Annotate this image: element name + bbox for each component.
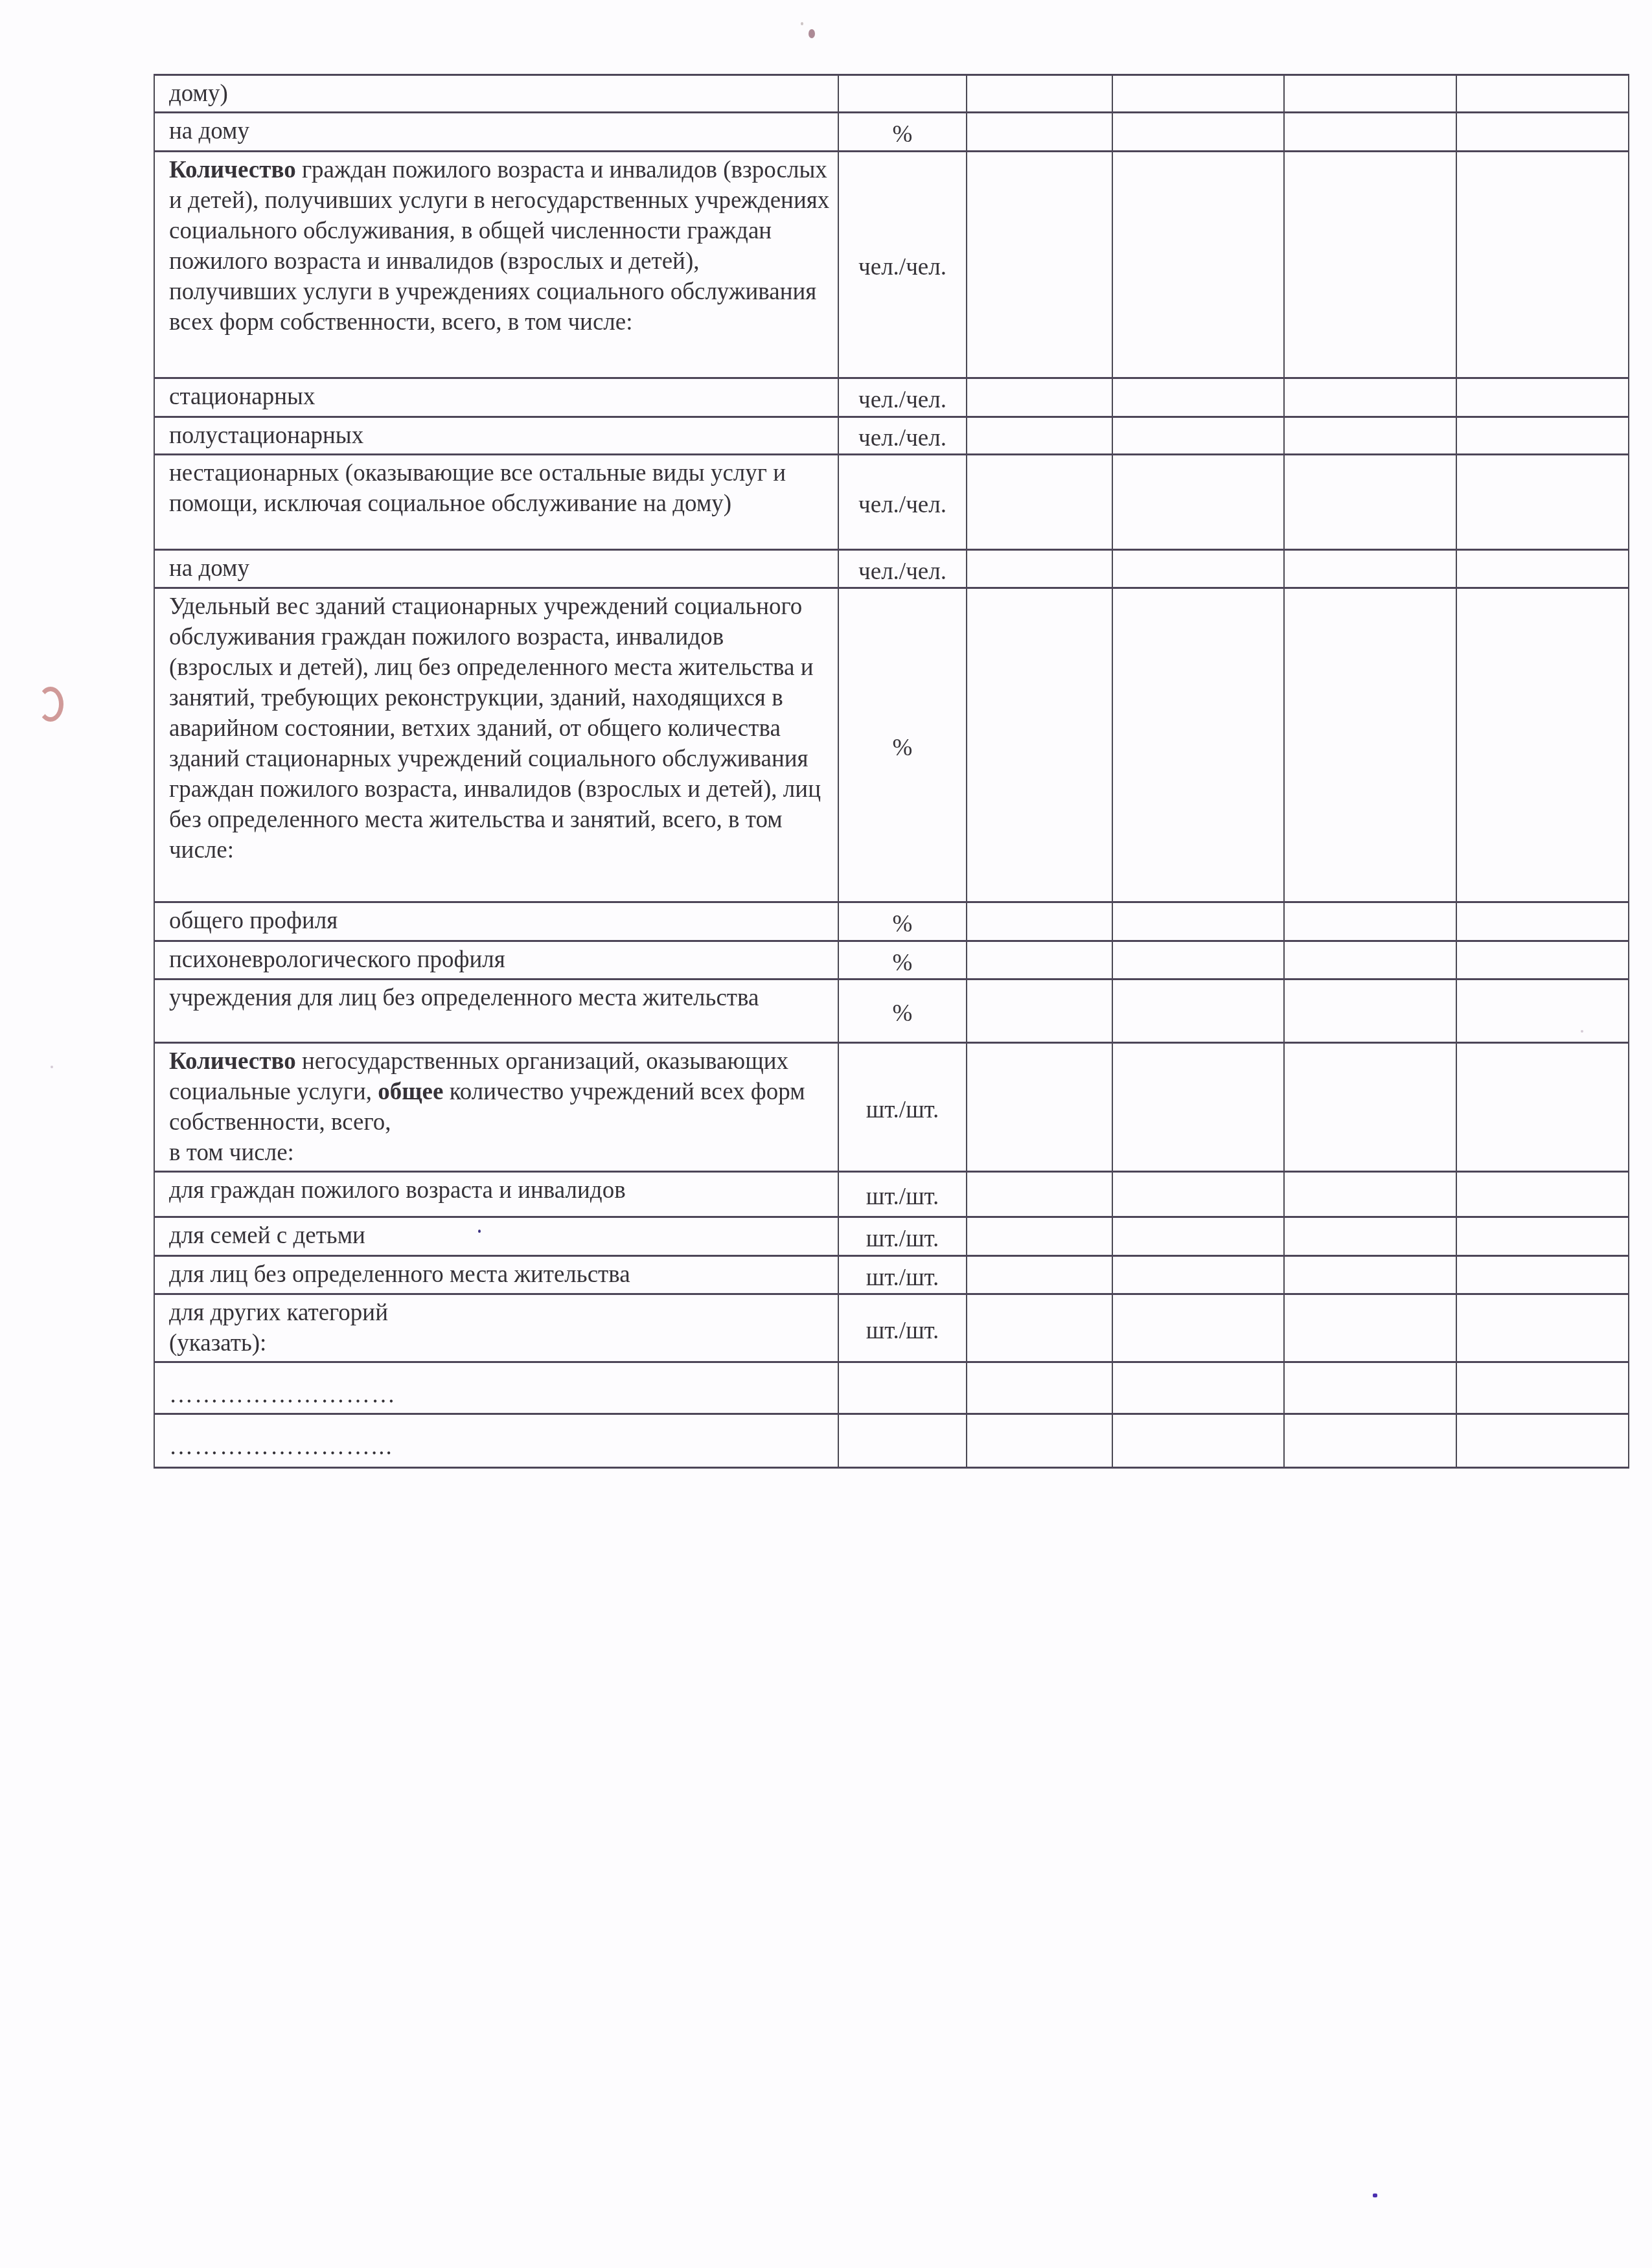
indicator-text: полустационарных: [169, 422, 363, 449]
indicator-text: Удельный вес зданий стационарных учрежде…: [169, 593, 821, 864]
scan-speck-left: [51, 1066, 53, 1068]
value-cell-3[interactable]: [1284, 588, 1456, 902]
unit-cell: шт./шт.: [838, 1294, 967, 1362]
unit-cell: %: [838, 941, 967, 979]
value-cell-3[interactable]: [1284, 1414, 1456, 1468]
value-cell-2[interactable]: [1112, 1256, 1284, 1294]
unit-text: %: [893, 121, 913, 148]
value-cell-2[interactable]: [1112, 1043, 1284, 1172]
unit-cell: чел./чел.: [838, 417, 967, 455]
indicator-cell: дому): [154, 75, 838, 113]
value-cell-3[interactable]: [1284, 1217, 1456, 1256]
value-cell-1[interactable]: [967, 1414, 1112, 1468]
indicators-table: дому)на дому%Количество граждан пожилого…: [154, 74, 1629, 1469]
indicator-cell: для граждан пожилого возраста и инвалидо…: [154, 1172, 838, 1217]
indicator-text: учреждения для лиц без определенного мес…: [169, 985, 759, 1011]
indicators-table-body: дому)на дому%Количество граждан пожилого…: [154, 75, 1629, 1468]
indicator-text: ……………………...: [169, 1417, 393, 1462]
unit-cell: %: [838, 902, 967, 941]
value-cell-4[interactable]: [1456, 75, 1629, 113]
value-cell-4[interactable]: [1456, 1294, 1629, 1362]
indicator-cell: на дому: [154, 550, 838, 588]
indicator-text: для семей с детьми: [169, 1222, 365, 1249]
unit-text: чел./чел.: [858, 387, 946, 413]
table-row: на дому%: [154, 113, 1629, 152]
indicator-text: ………………………: [169, 1366, 396, 1410]
value-cell-4[interactable]: [1456, 378, 1629, 417]
value-cell-2[interactable]: [1112, 979, 1284, 1043]
value-cell-3[interactable]: [1284, 417, 1456, 455]
indicator-text: для граждан пожилого возраста и инвалидо…: [169, 1177, 626, 1204]
value-cell-2[interactable]: [1112, 417, 1284, 455]
scan-speck-top: [809, 29, 815, 38]
unit-cell: [838, 1414, 967, 1468]
table-row: для семей с детьмишт./шт.: [154, 1217, 1629, 1256]
value-cell-2[interactable]: [1112, 75, 1284, 113]
value-cell-2[interactable]: [1112, 1414, 1284, 1468]
value-cell-3[interactable]: [1284, 455, 1456, 550]
value-cell-3[interactable]: [1284, 941, 1456, 979]
value-cell-1[interactable]: [967, 1217, 1112, 1256]
value-cell-4[interactable]: [1456, 1414, 1629, 1468]
unit-cell: шт./шт.: [838, 1256, 967, 1294]
indicator-text: стационарных: [169, 384, 315, 410]
indicator-cell: для семей с детьми: [154, 1217, 838, 1256]
value-cell-1[interactable]: [967, 1256, 1112, 1294]
indicator-text-bold: Количество: [169, 1048, 296, 1075]
unit-text: чел./чел.: [858, 558, 946, 585]
table-row: стационарныхчел./чел.: [154, 378, 1629, 417]
value-cell-2[interactable]: [1112, 1217, 1284, 1256]
unit-cell: шт./шт.: [838, 1043, 967, 1172]
table-row: для граждан пожилого возраста и инвалидо…: [154, 1172, 1629, 1217]
indicator-cell: на дому: [154, 113, 838, 152]
value-cell-1[interactable]: [967, 1043, 1112, 1172]
table-row: ……………………...: [154, 1414, 1629, 1468]
unit-cell: чел./чел.: [838, 152, 967, 378]
indicator-cell: ……………………...: [154, 1414, 838, 1468]
unit-cell: %: [838, 979, 967, 1043]
indicator-cell: Количество граждан пожилого возраста и и…: [154, 152, 838, 378]
value-cell-1[interactable]: [967, 550, 1112, 588]
unit-cell: чел./чел.: [838, 455, 967, 550]
unit-text: шт./шт.: [866, 1097, 939, 1123]
unit-cell: %: [838, 113, 967, 152]
indicator-text: граждан пожилого возраста и инвалидов (в…: [169, 157, 829, 336]
table-row: нестационарных (оказывающие все остальны…: [154, 455, 1629, 550]
value-cell-2[interactable]: [1112, 550, 1284, 588]
value-cell-1[interactable]: [967, 455, 1112, 550]
indicator-text: для других категорий(указать):: [169, 1300, 388, 1357]
unit-cell: чел./чел.: [838, 378, 967, 417]
scanned-page: дому)на дому%Количество граждан пожилого…: [0, 0, 1652, 2268]
unit-text: чел./чел.: [858, 254, 946, 281]
value-cell-4[interactable]: [1456, 1043, 1629, 1172]
value-cell-2[interactable]: [1112, 378, 1284, 417]
scan-speck-table: [478, 1230, 481, 1233]
table-row: общего профиля%: [154, 902, 1629, 941]
indicator-cell: полустационарных: [154, 417, 838, 455]
unit-text: %: [893, 911, 913, 937]
indicator-cell: стационарных: [154, 378, 838, 417]
unit-text: шт./шт.: [866, 1318, 939, 1344]
scan-speck-right: [1581, 1030, 1583, 1033]
indicator-text: нестационарных (оказывающие все остальны…: [169, 460, 786, 517]
punch-hole-stain: [38, 687, 63, 722]
unit-cell: чел./чел.: [838, 550, 967, 588]
value-cell-2[interactable]: [1112, 152, 1284, 378]
value-cell-1[interactable]: [967, 152, 1112, 378]
indicator-cell: нестационарных (оказывающие все остальны…: [154, 455, 838, 550]
table-row: Удельный вес зданий стационарных учрежде…: [154, 588, 1629, 902]
indicator-cell: ………………………: [154, 1362, 838, 1414]
value-cell-1[interactable]: [967, 113, 1112, 152]
value-cell-4[interactable]: [1456, 455, 1629, 550]
value-cell-1[interactable]: [967, 1362, 1112, 1414]
value-cell-2[interactable]: [1112, 113, 1284, 152]
value-cell-4[interactable]: [1456, 1217, 1629, 1256]
value-cell-4[interactable]: [1456, 152, 1629, 378]
unit-text: %: [893, 950, 913, 976]
indicator-cell: учреждения для лиц без определенного мес…: [154, 979, 838, 1043]
table-row: на домучел./чел.: [154, 550, 1629, 588]
table-row: психоневрологического профиля%: [154, 941, 1629, 979]
unit-text: шт./шт.: [866, 1226, 939, 1252]
table-row: Количество негосударственных организаций…: [154, 1043, 1629, 1172]
value-cell-3[interactable]: [1284, 152, 1456, 378]
value-cell-2[interactable]: [1112, 1362, 1284, 1414]
indicator-text: общего профиля: [169, 908, 338, 934]
value-cell-2[interactable]: [1112, 1172, 1284, 1217]
value-cell-3[interactable]: [1284, 902, 1456, 941]
indicator-text-bold: общее: [378, 1079, 443, 1105]
indicator-text: психоневрологического профиля: [169, 946, 505, 973]
value-cell-3[interactable]: [1284, 1172, 1456, 1217]
indicator-cell: Удельный вес зданий стационарных учрежде…: [154, 588, 838, 902]
value-cell-1[interactable]: [967, 588, 1112, 902]
unit-text: шт./шт.: [866, 1184, 939, 1210]
value-cell-4[interactable]: [1456, 417, 1629, 455]
indicator-text: на дому: [169, 118, 249, 144]
indicator-cell: психоневрологического профиля: [154, 941, 838, 979]
table-row: для лиц без определенного места жительст…: [154, 1256, 1629, 1294]
value-cell-1[interactable]: [967, 902, 1112, 941]
unit-cell: [838, 75, 967, 113]
table-row: учреждения для лиц без определенного мес…: [154, 979, 1629, 1043]
value-cell-4[interactable]: [1456, 941, 1629, 979]
value-cell-4[interactable]: [1456, 979, 1629, 1043]
value-cell-1[interactable]: [967, 941, 1112, 979]
unit-text: чел./чел.: [858, 492, 946, 518]
table-row: Количество граждан пожилого возраста и и…: [154, 152, 1629, 378]
value-cell-2[interactable]: [1112, 588, 1284, 902]
value-cell-1[interactable]: [967, 378, 1112, 417]
unit-text: %: [893, 1000, 913, 1027]
indicator-text: для лиц без определенного места жительст…: [169, 1261, 630, 1288]
value-cell-4[interactable]: [1456, 902, 1629, 941]
value-cell-3[interactable]: [1284, 75, 1456, 113]
value-cell-3[interactable]: [1284, 1294, 1456, 1362]
value-cell-4[interactable]: [1456, 1256, 1629, 1294]
value-cell-1[interactable]: [967, 75, 1112, 113]
unit-text: шт./шт.: [866, 1265, 939, 1291]
unit-cell: %: [838, 588, 967, 902]
value-cell-1[interactable]: [967, 1294, 1112, 1362]
indicator-cell: для других категорий(указать):: [154, 1294, 838, 1362]
value-cell-2[interactable]: [1112, 1294, 1284, 1362]
unit-text: чел./чел.: [858, 425, 946, 452]
table-row: дому): [154, 75, 1629, 113]
value-cell-3[interactable]: [1284, 113, 1456, 152]
value-cell-3[interactable]: [1284, 1043, 1456, 1172]
unit-text: %: [893, 735, 913, 761]
value-cell-2[interactable]: [1112, 941, 1284, 979]
value-cell-4[interactable]: [1456, 1362, 1629, 1414]
indicator-cell: для лиц без определенного места жительст…: [154, 1256, 838, 1294]
indicator-cell: общего профиля: [154, 902, 838, 941]
value-cell-2[interactable]: [1112, 902, 1284, 941]
unit-cell: шт./шт.: [838, 1217, 967, 1256]
value-cell-1[interactable]: [967, 979, 1112, 1043]
indicator-text: дому): [169, 80, 228, 107]
table-row: полустационарныхчел./чел.: [154, 417, 1629, 455]
value-cell-3[interactable]: [1284, 550, 1456, 588]
value-cell-2[interactable]: [1112, 455, 1284, 550]
scan-speck-top-small: [801, 22, 803, 25]
table-row: для других категорий(указать):шт./шт.: [154, 1294, 1629, 1362]
table-row: ………………………: [154, 1362, 1629, 1414]
value-cell-1[interactable]: [967, 1172, 1112, 1217]
unit-cell: шт./шт.: [838, 1172, 967, 1217]
value-cell-1[interactable]: [967, 417, 1112, 455]
indicator-text-bold: Количество: [169, 157, 296, 183]
value-cell-3[interactable]: [1284, 1256, 1456, 1294]
value-cell-4[interactable]: [1456, 113, 1629, 152]
unit-cell: [838, 1362, 967, 1414]
scan-speck-bottom-right: [1373, 2194, 1377, 2197]
value-cell-3[interactable]: [1284, 378, 1456, 417]
value-cell-4[interactable]: [1456, 588, 1629, 902]
value-cell-4[interactable]: [1456, 1172, 1629, 1217]
value-cell-3[interactable]: [1284, 1362, 1456, 1414]
indicator-text: на дому: [169, 555, 249, 582]
indicator-cell: Количество негосударственных организаций…: [154, 1043, 838, 1172]
value-cell-4[interactable]: [1456, 550, 1629, 588]
value-cell-3[interactable]: [1284, 979, 1456, 1043]
